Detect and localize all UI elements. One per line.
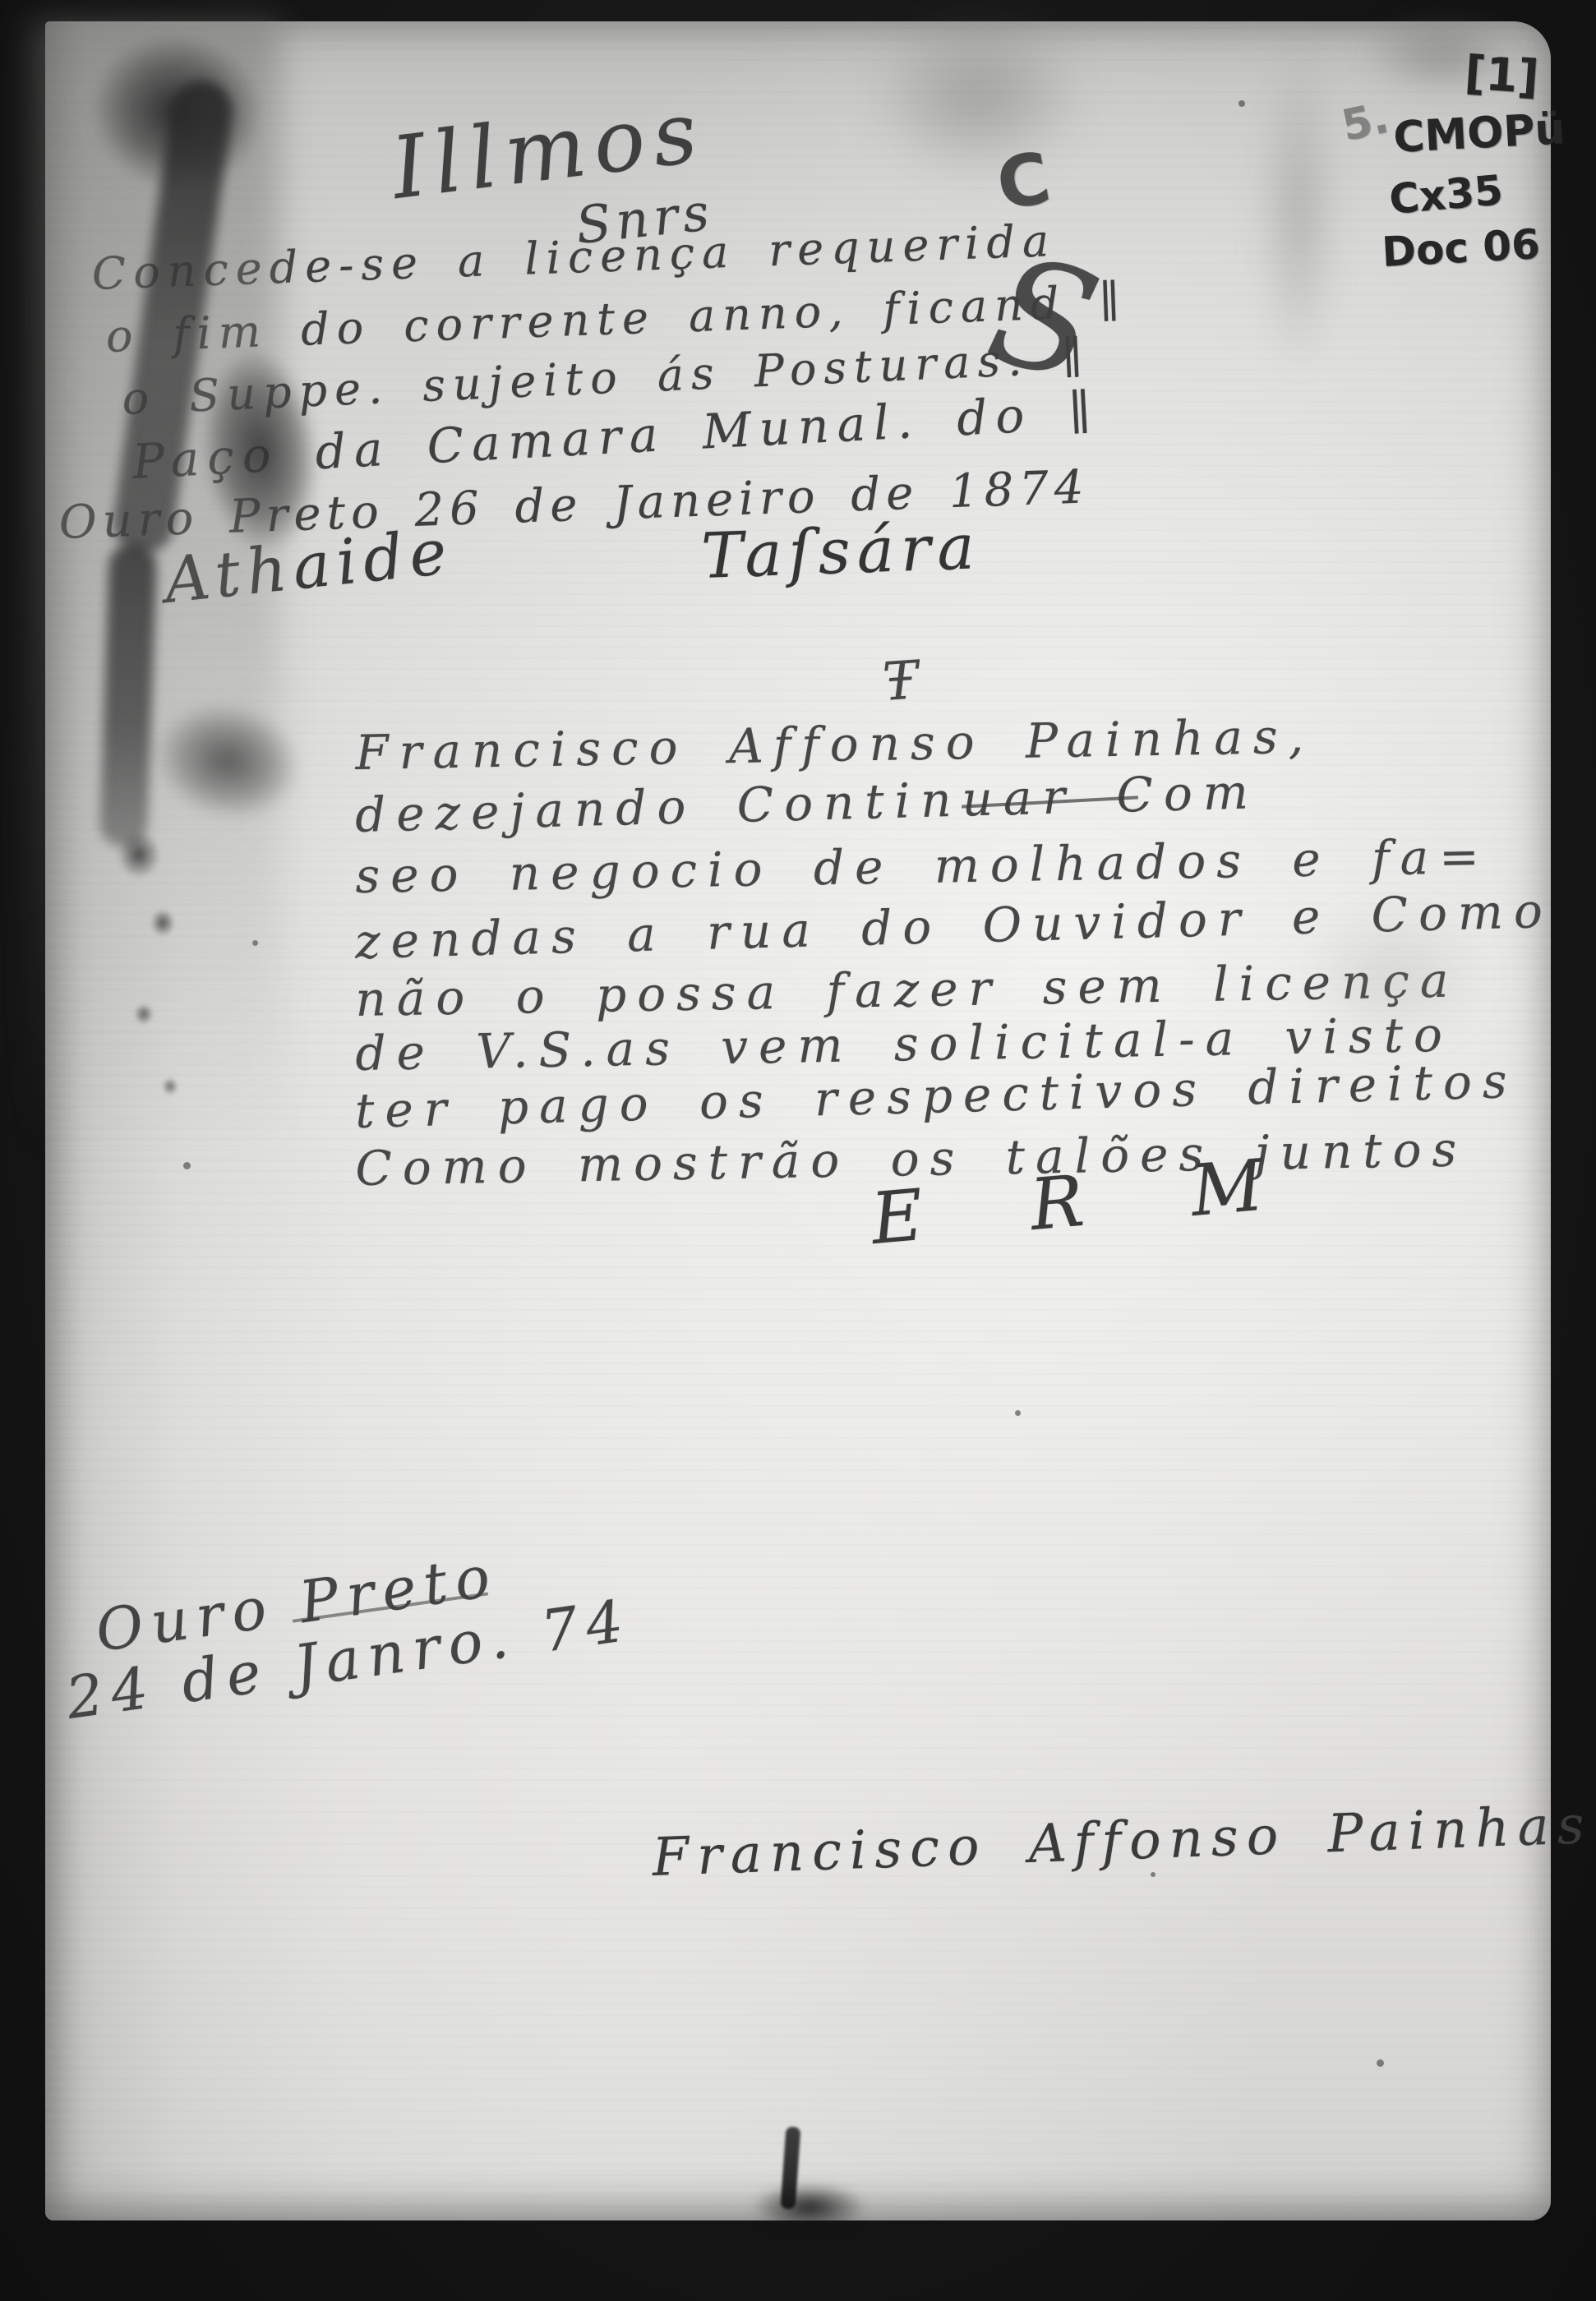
ink-droplet (134, 1003, 154, 1025)
document-page: [1] 5. CMOPü Cx35 Doc 06 C Illmos Snrs S… (45, 21, 1551, 2220)
ink-droplet (150, 909, 175, 937)
archive-doc-label: Doc 06 (1381, 220, 1541, 276)
archive-corner-number: [1] (1463, 46, 1540, 104)
ink-droplet (162, 1077, 178, 1095)
requester-signature: Francisco Affonso Painhas (651, 1795, 1593, 1888)
ink-splatter (143, 689, 311, 832)
top-center-smudge (867, 9, 1089, 182)
bottom-edge-blob (752, 2183, 867, 2232)
dispatch-signature-tassara: Taſsára (700, 510, 982, 593)
bottom-edge-mark (781, 2126, 801, 2209)
petition-top-mark: Ŧ (881, 650, 920, 713)
right-column-smudge (1257, 46, 1340, 375)
paper-speck (1239, 100, 1245, 107)
paper-speck (1015, 1410, 1021, 1416)
archive-fundo-label: CMOPü (1392, 104, 1566, 163)
archive-box-label: Cx35 (1387, 166, 1505, 224)
ink-streak-lower (99, 542, 158, 848)
ink-blot-top (78, 20, 275, 204)
paper-speck (252, 940, 258, 946)
ink-droplet (118, 831, 160, 878)
archive-faint-number: 5. (1338, 94, 1393, 151)
paper-speck (1377, 2059, 1384, 2067)
paper-speck (183, 1162, 191, 1169)
scan-background: [1] 5. CMOPü Cx35 Doc 06 C Illmos Snrs S… (0, 0, 1596, 2301)
pencil-c-mark: C (991, 137, 1057, 227)
paper-speck (1151, 1872, 1155, 1877)
